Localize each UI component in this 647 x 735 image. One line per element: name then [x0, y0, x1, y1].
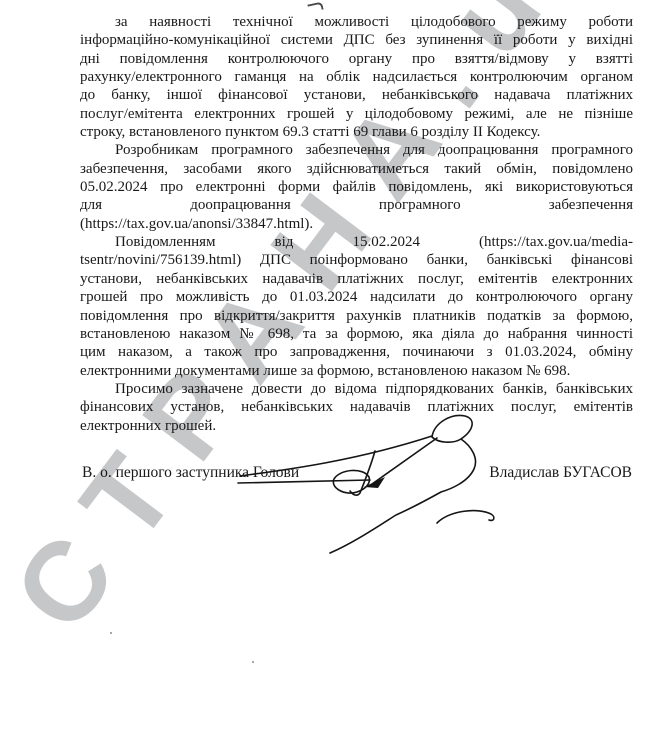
- text-line: грошей про можливість до 01.03.2024 надс…: [80, 288, 633, 306]
- signature-stroke: [330, 439, 476, 553]
- text-line: повідомлення про відкриття/закриття раху…: [80, 307, 633, 325]
- scan-artifact-mark: [307, 2, 323, 13]
- text-line: tsentr/novini/756139.html) ДПС поінформо…: [80, 251, 633, 269]
- text-line: Просимо зазначене довести до відома підп…: [80, 380, 633, 398]
- scan-speck: [252, 661, 254, 663]
- document-page: СТРАНА.ua за наявності технічної можливо…: [0, 0, 647, 735]
- signature-stroke: [432, 415, 472, 442]
- text-line: встановленою наказом № 698, та за формою…: [80, 325, 633, 343]
- text-line: до банку, іншої фінансової установи, неб…: [80, 86, 633, 104]
- text-line: послуг/емітента електронних грошей у ціл…: [80, 105, 633, 123]
- text-line: (https://tax.gov.ua/anonsi/33847.html).: [80, 215, 633, 233]
- signature-stroke: [240, 436, 432, 476]
- text-line: інформаційно-комунікаційної системи ДПС …: [80, 31, 633, 49]
- text-line: рахунку/електронного гаманця на облік на…: [80, 68, 633, 86]
- text-line: установи, небанківських надавачів платіж…: [80, 270, 633, 288]
- text-line: цим наказом, а також про запровадження, …: [80, 343, 633, 361]
- signature-ink-blob: [364, 477, 385, 488]
- scan-speck: [110, 632, 112, 634]
- signature-stroke: [238, 480, 370, 483]
- handwritten-signature: [225, 413, 515, 588]
- text-line: дні повідомлення контролюючого органу пр…: [80, 50, 633, 68]
- text-line: електронними документами лише за формою,…: [80, 362, 633, 380]
- text-line: 05.02.2024 про електронні форми файлів п…: [80, 178, 633, 196]
- letter-body: за наявності технічної можливості цілодо…: [80, 13, 633, 435]
- text-line: строку, встановленого пунктом 69.3 статт…: [80, 123, 633, 141]
- text-line: Повідомленням від 15.02.2024 (https://ta…: [80, 233, 633, 251]
- text-line: забезпечення, засобами якого здійснювати…: [80, 160, 633, 178]
- signature-stroke: [437, 511, 494, 523]
- text-line: для доопрацювання програмного забезпечен…: [80, 196, 633, 214]
- text-line: за наявності технічної можливості цілодо…: [80, 13, 633, 31]
- text-line: Розробникам програмного забезпечення для…: [80, 141, 633, 159]
